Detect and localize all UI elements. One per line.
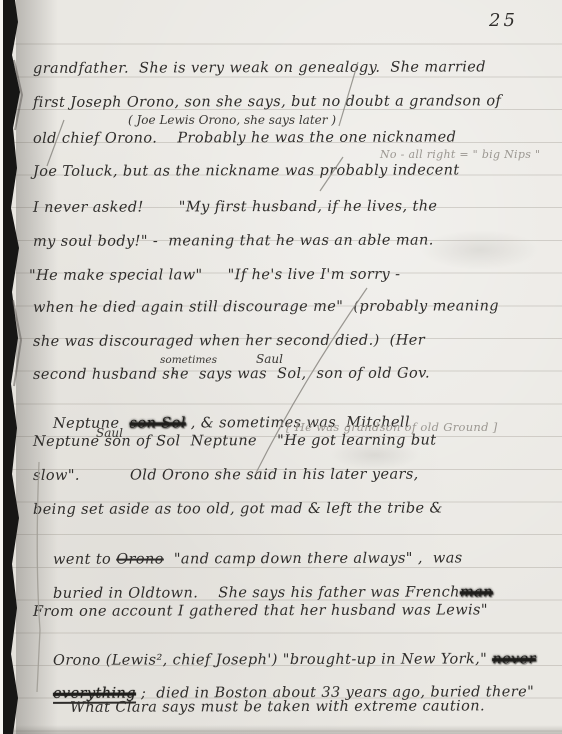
manuscript-line: grandfather. She is very weak on genealo… [33,59,548,77]
struck-text: Orono [116,551,164,567]
manuscript-line: being set aside as too old, got mad & le… [33,500,548,518]
interlinear-insertion: Saul [96,426,123,440]
manuscript-line: slow". Old Orono she said in his later y… [33,466,548,484]
manuscript-line: What Clara says must be taken with extre… [70,698,548,716]
interlinear-insertion: Saul [256,352,283,366]
page-left-sliver [0,0,4,734]
page-bottom-edge [0,725,562,734]
insertion-caret: ^ [170,372,178,383]
struck-text: never [492,651,536,667]
manuscript-line: my soul body!" - meaning that he was an … [33,232,548,250]
manuscript-line: second husband she says was Sol, son of … [33,365,548,383]
struck-text: man [460,584,493,600]
manuscript-line: Joe Toluck, but as the nickname was prob… [33,162,548,180]
manuscript-line: first Joseph Orono, son she says, but no… [33,93,548,111]
pencil-note: No - all right = " big Nips " [380,148,540,161]
manuscript-line: she was discouraged when her second died… [33,332,548,350]
pencil-note: [ He was grandson of old Ground ] [286,420,498,434]
book-binding-edge [3,0,20,734]
interlinear-insertion: sometimes [160,354,217,366]
manuscript-page: 25 grandfather. She is very weak on gene… [0,0,562,734]
interlinear-insertion: ( Joe Lewis Orono, she says later ) [128,113,336,127]
manuscript-line: "He make special law" "If he's live I'm … [29,266,548,284]
manuscript-line: I never asked! "My first husband, if he … [33,198,548,216]
binding-texture [13,60,22,386]
manuscript-line: when he died again still discourage me" … [33,298,548,316]
manuscript-line: old chief Orono. Probably he was the one… [33,129,548,147]
manuscript-line: From one account I gathered that her hus… [33,602,548,620]
struck-text: son Sol [129,415,185,431]
page-number: 25 [489,10,518,31]
